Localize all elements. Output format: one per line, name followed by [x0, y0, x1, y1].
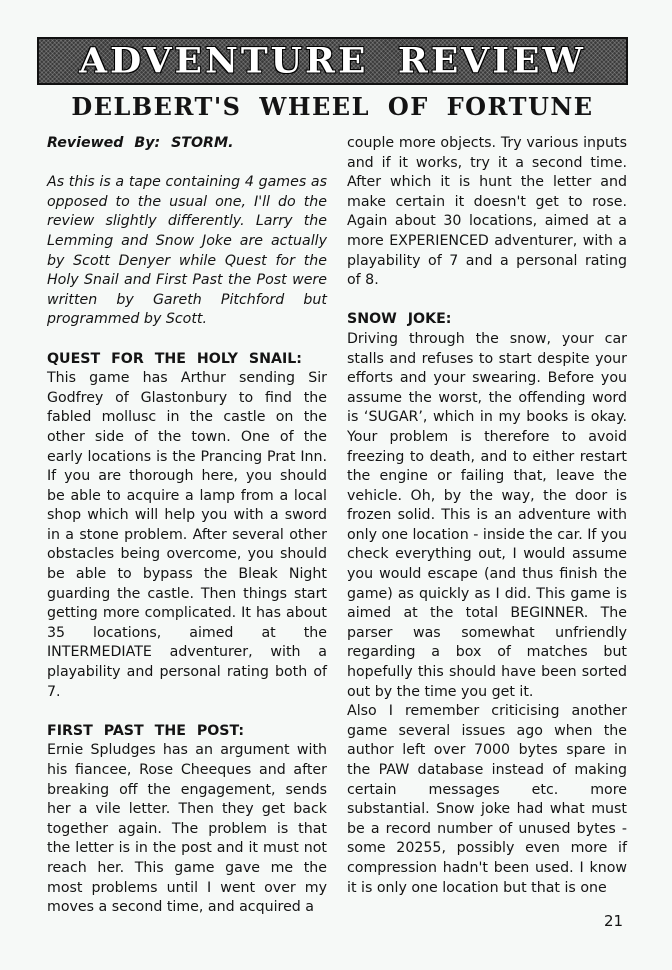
section-body-snow-joke-2: Also I remember criticising another game… — [347, 702, 627, 898]
section-body-holy-snail: This game has Arthur sending Sir Godfrey… — [47, 369, 327, 702]
intro-paragraph: As this is a tape containing 4 games as … — [47, 173, 327, 330]
article-title: DELBERT'S WHEEL OF FORTUNE — [37, 92, 628, 121]
section-banner: ADVENTURE REVIEW — [37, 37, 628, 85]
banner-text: ADVENTURE REVIEW — [79, 44, 586, 78]
section-body-first-past-the-post: Ernie Spludges has an argument with his … — [47, 741, 327, 917]
right-column: couple more objects. Try various inputs … — [347, 134, 627, 898]
continuation-paragraph: couple more objects. Try various inputs … — [347, 134, 627, 291]
byline: Reviewed By: STORM. — [47, 134, 327, 154]
spacer — [47, 330, 327, 350]
left-column: Reviewed By: STORM. As this is a tape co… — [47, 134, 327, 918]
spacer — [47, 702, 327, 722]
section-body-snow-joke: Driving through the snow, your car stall… — [347, 330, 627, 702]
section-heading-snow-joke: SNOW JOKE: — [347, 310, 627, 330]
page-number: 21 — [604, 912, 623, 930]
section-heading-holy-snail: QUEST FOR THE HOLY SNAIL: — [47, 350, 327, 370]
section-heading-first-past-the-post: FIRST PAST THE POST: — [47, 722, 327, 742]
spacer — [347, 291, 627, 311]
spacer — [47, 154, 327, 174]
